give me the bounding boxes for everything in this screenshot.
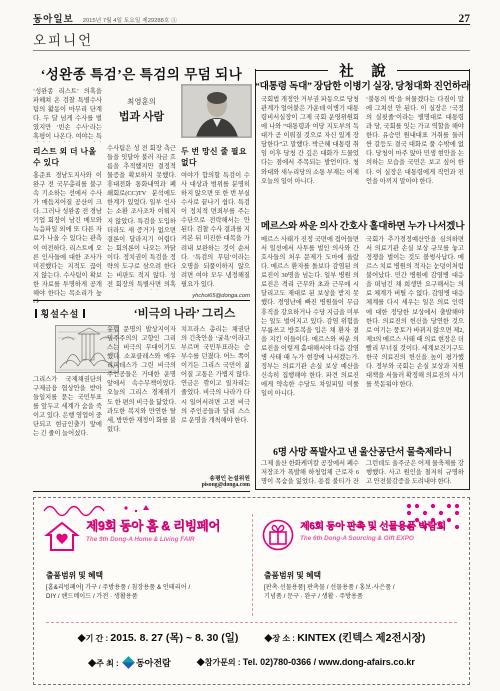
expo-period: ◆기 간 : 2015. 8. 27 (목) ~ 8. 30 (일) <box>78 630 239 645</box>
expo-contact: ◆참가문의 : Tel. 02)780-0366 / www.dong-afai… <box>197 657 415 668</box>
feature-author-email: yhchoi65@donga.com <box>181 293 250 299</box>
scope-left-line-1: [홈&리빙페어] 가구 / 주방용품 / 침장용품 & 인테리어 / <box>46 583 244 592</box>
expo-right-title: 제6회 동아 판촉 및 선물용품 박람회 <box>300 518 465 532</box>
header-rule-right <box>397 70 470 71</box>
diamond-bullet-icon: ◆주 최 : <box>88 659 121 668</box>
column-name: 법과 사람 <box>107 108 176 124</box>
feature-headline: ‘성완종 특검’은 특검의 무덤 되나 <box>33 63 250 83</box>
editorial-2-col-left: 메르스 사태가 진정 국면에 접어들면서 일선에서 사투를 벌인 의사와 간호사… <box>261 235 359 440</box>
hoengseol-column-3-text: 치프라스 총리는 채권단의 긴축안을 ‘굴욕’이라고 부르며 국민투표라는 승부… <box>181 325 250 473</box>
ad-row-host-contact: ◆주 최 : 동아전람 ◆참가문의 : Tel. 02)780-0366 / w… <box>34 656 469 669</box>
header-rule-left <box>255 70 328 71</box>
expo-divider <box>252 514 253 616</box>
author-portrait-image <box>182 85 251 137</box>
editorial-section: 社 說 “대통령 독대” 장담한 이병기 실장, 당청대화 진언하라 국회법 개… <box>255 58 470 490</box>
editorial-3-col-right: 그런데도 울주군은 어제 물축제를 강행했다. 사고 원인을 철저히 규명하고 … <box>366 459 464 486</box>
editorial-border-left <box>255 69 256 490</box>
hoengseol-column-3: 치프라스 총리는 채권단의 긴축안을 ‘굴욕’이라고 부르며 국민투표라는 승부… <box>181 325 250 487</box>
label-tick-icon <box>83 309 85 318</box>
hoengseol-column: 횡설수설 ‘비극의 나라’ 그리스 <box>33 300 250 492</box>
ad-row-period-venue: ◆기 간 : 2015. 8. 27 (목) ~ 8. 30 (일) ◆장 소 … <box>34 630 469 645</box>
feature-column-3-text: 여야가 합의할 특검이 수사 대상과 범위를 분명히 하지 않으면 또 한 번 … <box>181 171 250 293</box>
diamond-bullet-icon: ◆참가문의 : <box>197 658 243 667</box>
feature-intro-column: ‘성완종 리스트’ 의혹을 파헤쳐 온 검찰 특별수사팀의 활동이 마무리 단계… <box>33 87 102 142</box>
section-title: 오피니언 <box>33 29 93 49</box>
expo-left-title: 제9회 동아 홈 & 리빙페어 <box>86 516 249 534</box>
expo-left-subtitle: The 9th Dong-A Home & Living FAIR <box>86 536 249 543</box>
edition-date: 2015년 7월 4일 토요일 제29288호 Ⓐ <box>83 15 177 24</box>
hoengseol-column-2-text: 유럽 문명의 발상지이자 민주주의의 고향인 그리스는 비극의 무대이기도 했다… <box>107 325 176 485</box>
expo-period-value: 2015. 8. 27 (목) ~ 8. 30 (일) <box>110 632 238 644</box>
expo-host-name: 동아전람 <box>136 658 171 668</box>
label-tick-icon <box>35 309 37 318</box>
editorial-3-col-left: 그제 울산 한화케미칼 공장에서 폐수 저장조가 폭발해 하청업체 근로자 6명… <box>261 459 359 486</box>
hoengseol-title: ‘비극의 나라’ 그리스 <box>119 305 250 321</box>
gift-box-icon <box>262 519 294 551</box>
expo-venue-hall: (킨텍스 제2전시장) <box>336 632 426 644</box>
paper-name: 동아일보 <box>33 11 74 25</box>
scope-right: 출품범위 및 혜택 [판촉·선물용품] 판촉물 / 선물용품 / 홍보·사은품 … <box>264 570 462 602</box>
feature-article: ‘성완종 특검’은 특검의 무덤 되나 ‘성완종 리스트’ 의혹을 파헤쳐 온 … <box>33 58 250 292</box>
scope-right-header: 출품범위 및 혜택 <box>264 570 462 581</box>
diamond-bullet-icon: ◆기 간 : <box>78 634 111 643</box>
scope-right-line-1: [판촉·선물용품] 판촉물 / 선물용품 / 홍보·사은품 / <box>264 583 462 592</box>
scope-left-header: 출품범위 및 혜택 <box>46 570 244 581</box>
editorial-1-headline: “대통령 독대” 장담한 이병기 실장, 당청대화 진언하라 <box>255 78 470 92</box>
expo-venue: ◆장 소 : KINTEX (킨텍스 제2전시장) <box>264 630 425 645</box>
expo-advertisement: 제9회 동아 홈 & 리빙페어 The 9th Dong-A Home & Li… <box>33 497 470 685</box>
expo-host: ◆주 최 : 동아전람 <box>88 656 171 669</box>
scope-left: 출품범위 및 혜택 [홈&리빙페어] 가구 / 주방용품 / 침장용품 & 인테… <box>46 570 244 602</box>
editorial-1-col-right: ‘불통의 벽’을 허물겠다는 다짐이 말에 그쳐선 안 된다. 이 실장은 ‘국… <box>366 95 464 213</box>
donga-exhibition-logo-icon <box>122 656 135 669</box>
author-photo <box>181 84 252 138</box>
expo-venue-kintex: KINTEX <box>297 632 336 644</box>
editorial-border-right <box>469 69 470 490</box>
masthead-rule <box>33 24 470 25</box>
expo-right-subtitle: The 6th Dong-A Sourcing & Gift EXPO <box>300 535 465 542</box>
editorial-3-headline: 6명 사망 폭발사고 낸 울산공단서 물축제라니 <box>255 444 470 458</box>
expo-home-living: 제9회 동아 홈 & 리빙페어 The 9th Dong-A Home & Li… <box>44 516 249 543</box>
author-name: 최영훈의 <box>107 96 176 107</box>
newspaper-opinion-page: 동아일보 2015년 7월 4일 토요일 제29288호 Ⓐ 27 오피니언 ‘… <box>0 0 500 691</box>
editorial-border-bottom <box>255 489 470 490</box>
diamond-bullet-icon: ◆장 소 : <box>264 634 297 643</box>
section-rule <box>33 50 470 51</box>
feature-column-3: 두 번 망신 줄 필요 없다 여야가 합의할 특검이 수사 대상과 범위를 분명… <box>181 144 250 292</box>
pink-squiggle-decoration-icon <box>42 502 162 516</box>
ad-divider-rule <box>46 622 457 623</box>
hoengseol-label-wrap: 횡설수설 <box>35 307 85 320</box>
editorial-2-col-right: 국회가 추가경정예산안을 심의하면서 의료기관 손실 보상 규모를 놓고 정쟁을… <box>366 235 464 440</box>
scope-left-line-2: DIY / 핸드메이드 / 가전 · 생활용품 <box>46 592 244 601</box>
expo-contact-value: Tel. 02)780-0366 / www.dong-afairs.co.kr <box>243 657 415 667</box>
feature-column-2-text: 수사팀은 성 전 회장 측근들을 잇달아 불러 자금 흐름을 추적했지만 결정적… <box>107 144 176 290</box>
hoengseol-byline: 송평인 논설위원 pisong@donga.com <box>181 473 250 488</box>
author-label: 최영훈의 법과 사람 <box>107 96 176 124</box>
hoengseol-column-1-text: 그리스가 국제채권단의 구제금융 협상안을 받아들일지를 묻는 국민투표를 앞두… <box>33 375 102 485</box>
masthead: 동아일보 2015년 7월 4일 토요일 제29288호 Ⓐ 27 <box>33 11 470 25</box>
expo-sourcing-gift: 제6회 동아 판촉 및 선물용품 박람회 The 6th Dong-A Sour… <box>262 516 465 542</box>
feature-subhead-1: 리스트 외 더 나올 수 있다 <box>33 146 102 168</box>
editorial-1-col-left: 국회법 개정안 거부권 파동으로 당청 관계가 얼어붙은 가운데 이병기 대통령… <box>261 95 359 213</box>
hoengseol-label: 횡설수설 <box>41 307 80 320</box>
feature-column-1-text: 홍준표 경남도지사와 이완구 전 국무총리를 불구속 기소하는 선에서 수사가 … <box>33 171 102 303</box>
scope-right-line-2: 기념품 / 문구 · 완구 / 생활 · 주방용품 <box>264 592 462 601</box>
house-heart-icon <box>44 520 80 552</box>
feature-subhead-2: 두 번 망신 줄 필요 없다 <box>181 146 250 168</box>
editorial-2-headline: 메르스와 싸운 의사 간호사 홀대하면 누가 나서겠나 <box>255 218 470 232</box>
feature-column-1: 리스트 외 더 나올 수 있다 홍준표 경남도지사와 이완구 전 국무총리를 불… <box>33 144 102 292</box>
